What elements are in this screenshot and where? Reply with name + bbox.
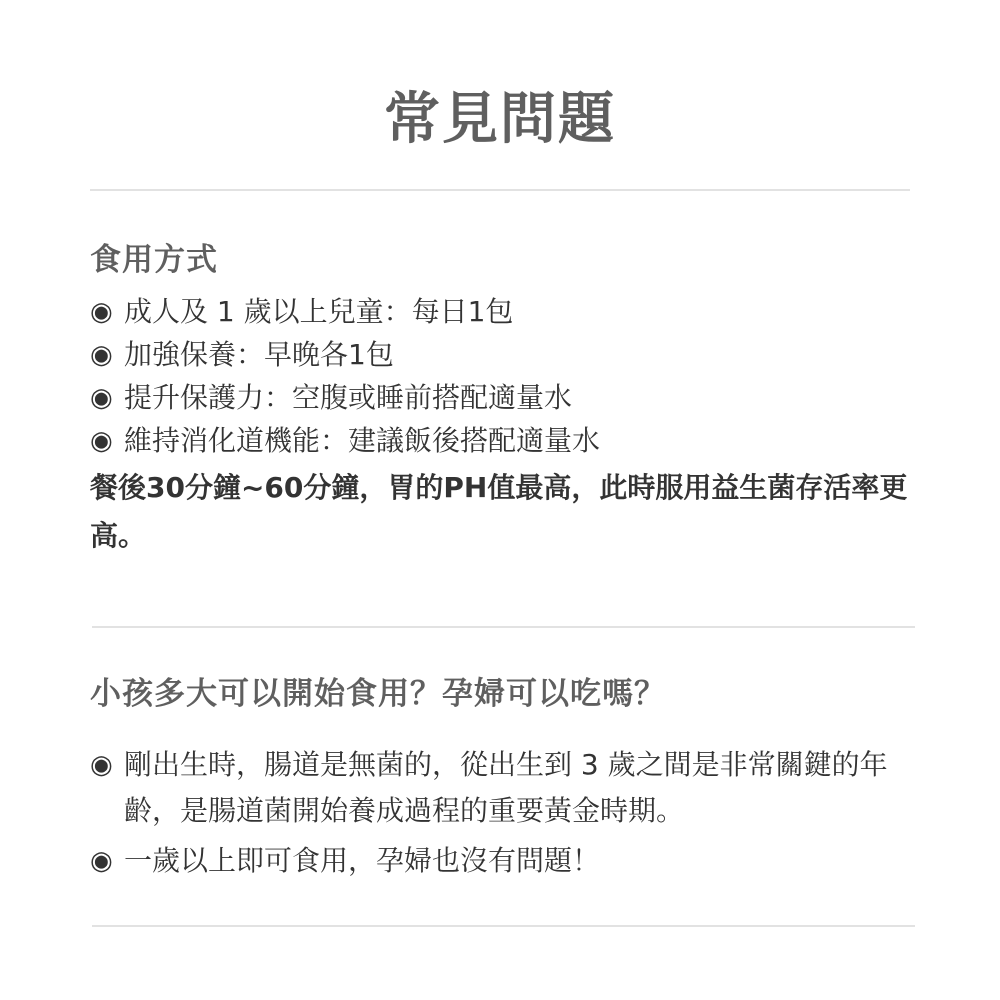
bullet-list: ◉ 成人及 1 歲以上兒童：每日1包 ◉ 加強保養：早晚各1包 ◉ 提升保護力：…: [90, 292, 920, 461]
list-item-text: 一歲以上即可食用，孕婦也沒有問題！: [124, 838, 920, 884]
faq-section-children-pregnancy: 小孩多大可以開始食用？孕婦可以吃嗎？ ◉ 剛出生時，腸道是無菌的，從出生到 3 …: [90, 672, 920, 884]
list-item-text: 成人及 1 歲以上兒童：每日1包: [124, 292, 920, 332]
fisheye-bullet-icon: ◉: [90, 421, 124, 461]
section-heading: 食用方式: [90, 238, 920, 282]
list-item: ◉ 一歲以上即可食用，孕婦也沒有問題！: [90, 838, 920, 884]
list-item: ◉ 剛出生時，腸道是無菌的，從出生到 3 歲之間是非常關鍵的年齡，是腸道菌開始養…: [90, 742, 920, 834]
fisheye-bullet-icon: ◉: [90, 838, 124, 884]
fisheye-bullet-icon: ◉: [90, 335, 124, 375]
divider: [92, 626, 915, 628]
usage-note: 餐後30分鐘~60分鐘，胃的PH值最高，此時服用益生菌存活率更高。: [90, 464, 920, 560]
list-item-text: 提升保護力：空腹或睡前搭配適量水: [124, 378, 920, 418]
list-item: ◉ 加強保養：早晚各1包: [90, 335, 920, 375]
list-item-text: 加強保養：早晚各1包: [124, 335, 920, 375]
fisheye-bullet-icon: ◉: [90, 378, 124, 418]
divider: [92, 925, 915, 927]
fisheye-bullet-icon: ◉: [90, 292, 124, 332]
list-item: ◉ 維持消化道機能：建議飯後搭配適量水: [90, 421, 920, 461]
list-item-text: 維持消化道機能：建議飯後搭配適量水: [124, 421, 920, 461]
fisheye-bullet-icon: ◉: [90, 742, 124, 788]
list-item: ◉ 成人及 1 歲以上兒童：每日1包: [90, 292, 920, 332]
bullet-list: ◉ 剛出生時，腸道是無菌的，從出生到 3 歲之間是非常關鍵的年齡，是腸道菌開始養…: [90, 742, 920, 884]
divider: [90, 189, 910, 191]
faq-section-usage: 食用方式 ◉ 成人及 1 歲以上兒童：每日1包 ◉ 加強保養：早晚各1包 ◉ 提…: [90, 238, 920, 560]
page-title: 常見問題: [0, 82, 1000, 158]
list-item-text: 剛出生時，腸道是無菌的，從出生到 3 歲之間是非常關鍵的年齡，是腸道菌開始養成過…: [124, 742, 920, 834]
list-item: ◉ 提升保護力：空腹或睡前搭配適量水: [90, 378, 920, 418]
section-heading: 小孩多大可以開始食用？孕婦可以吃嗎？: [90, 672, 920, 716]
